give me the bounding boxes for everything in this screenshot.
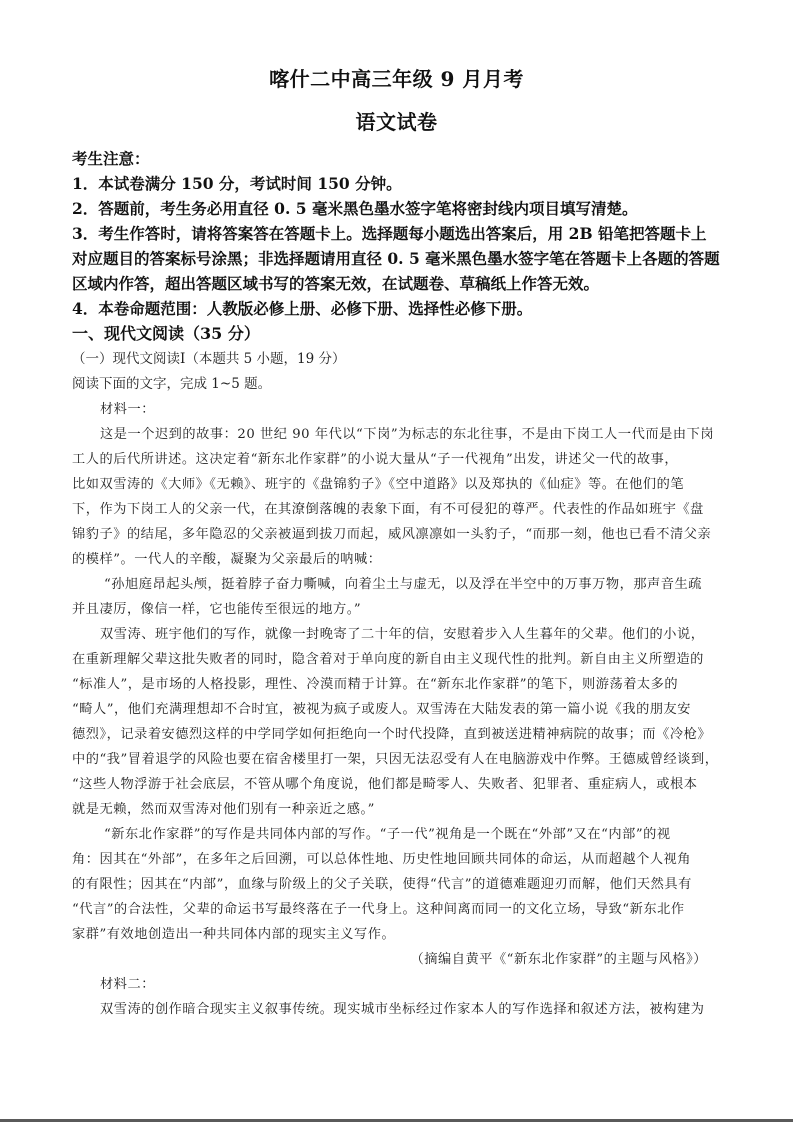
paragraph-line: 家群”有效地创造出一种共同体内部的现实主义写作。 <box>72 923 395 942</box>
notice-line: 3．考生作答时，请将答案答在答题卡上。选择题每小题选出答案后，用 2B 铅笔把答… <box>72 222 706 244</box>
paragraph-line: 的模样”。一代人的辛酸，凝聚为父亲最后的呐喊： <box>72 548 382 567</box>
notice-line: 4．本卷命题范围：人教版必修上册、必修下册、选择性必修下册。 <box>72 297 532 319</box>
quote-line: “孙旭庭昂起头颅，挺着脖子奋力嘶喊，向着尘土与虚无，以及浮在半空中的万事万物，那… <box>104 573 702 592</box>
notice-line: 对应题目的答案标号涂黑；非选择题请用直径 0. 5 毫米黑色墨水签字笔在答题卡上… <box>72 247 720 269</box>
paragraph-line: “这些人物浮游于社会底层，不管从哪个角度说，他们都是畸零人、失败者、犯罪者、重症… <box>72 773 697 792</box>
paragraph-line: 锦豹子》的结尾，多年隐忍的父亲被逼到拔刀而起，威风凛凛如一头豹子，“而那一刻，他… <box>72 523 711 542</box>
paragraph-line: 就是无赖，然而双雪涛对他们别有一种亲近之感。” <box>72 798 375 817</box>
paragraph-line: 下，作为下岗工人的父亲一代，在其潦倒落魄的表象下面，有不可侵犯的尊严。代表性的作… <box>72 498 704 517</box>
section-subheading: （一）现代文阅读Ⅰ（本题共 5 小题，19 分） <box>72 347 345 367</box>
material-one-source: （摘编自黄平《“新东北作家群”的主题与风格》） <box>411 948 707 967</box>
reading-instruction: 阅读下面的文字，完成 1~5 题。 <box>72 372 271 392</box>
quote-line: 并且凄厉，像信一样，它也能传至很远的地方。” <box>72 598 361 617</box>
material-one-label: 材料一： <box>100 398 155 417</box>
paragraph-line: “畸人”，他们充满理想却不合时宜，被视为疯子或废人。双雪涛在大陆发表的第一篇小说… <box>72 698 691 717</box>
paragraph-line: 工人的后代所讲述。这决定着“新东北作家群”的小说大量从“子一代视角”出发，讲述父… <box>72 448 678 467</box>
paragraph-line: “新东北作家群”的写作是共同体内部的写作。“子一代”视角是一个既在“外部”又在“… <box>104 823 671 842</box>
notice-heading: 考生注意： <box>72 147 150 169</box>
notice-line: 1．本试卷满分 150 分，考试时间 150 分钟。 <box>72 172 402 194</box>
paragraph-line: 德烈》，记录着安德烈这样的中学同学如何拒绝向一个时代投降，直到被送进精神病院的故… <box>72 723 711 742</box>
paragraph-line: 在重新理解父辈这批失败者的同时，隐含着对于单向度的新自由主义现代性的批判。新自由… <box>72 648 704 667</box>
exam-subtitle: 语文试卷 <box>0 106 793 135</box>
paragraph-line: 双雪涛的创作暗合现实主义叙事传统。现实城市坐标经过作家本人的写作选择和叙述方法，… <box>100 998 704 1017</box>
paragraph-line: 双雪涛、班宇他们的写作，就像一封晚寄了二十年的信，安慰着步入人生暮年的父辈。他们… <box>100 623 704 642</box>
notice-line: 2．答题前，考生务必用直径 0. 5 毫米黑色墨水签字笔将密封线内项目填写清楚。 <box>72 197 637 219</box>
notice-line: 区域内作答，超出答题区域书写的答案无效，在试题卷、草稿纸上作答无效。 <box>72 272 599 294</box>
paragraph-line: “代言”的合法性，父辈的命运书写最终落在子一代身上。这种间离而同一的文化立场，导… <box>72 898 685 917</box>
paragraph-line: 中的“我”冒着退学的风险也要在宿舍楼里打一架，只因无法忍受有人在电脑游戏中作弊。… <box>72 748 719 767</box>
paragraph-line: 的有限性；因其在“内部”，血缘与阶级上的父子关联，使得“代言”的道德难题迎刃而解… <box>72 873 692 892</box>
paragraph-line: 比如双雪涛的《大师》《无赖》、班宇的《盘锦豹子》《空中道路》以及郑执的《仙症》等… <box>72 473 684 492</box>
material-two-label: 材料二： <box>100 973 155 992</box>
paragraph-line: “标准人”，是市场的人格投影，理性、冷漠而精于计算。在“新东北作家群”的笔下，则… <box>72 673 678 692</box>
paragraph-line: 角：因其在“外部”，在多年之后回溯，可以总体性地、历史性地回顾共同体的命运，从而… <box>72 848 691 867</box>
paragraph-line: 这是一个迟到的故事：20 世纪 90 年代以“下岗”为标志的东北往事，不是由下岗… <box>100 423 714 442</box>
exam-page: 喀什二中高三年级 9 月月考 语文试卷 考生注意： 1．本试卷满分 150 分，… <box>0 0 793 1120</box>
exam-title: 喀什二中高三年级 9 月月考 <box>0 63 793 92</box>
section-heading: 一、现代文阅读（35 分） <box>72 321 260 344</box>
